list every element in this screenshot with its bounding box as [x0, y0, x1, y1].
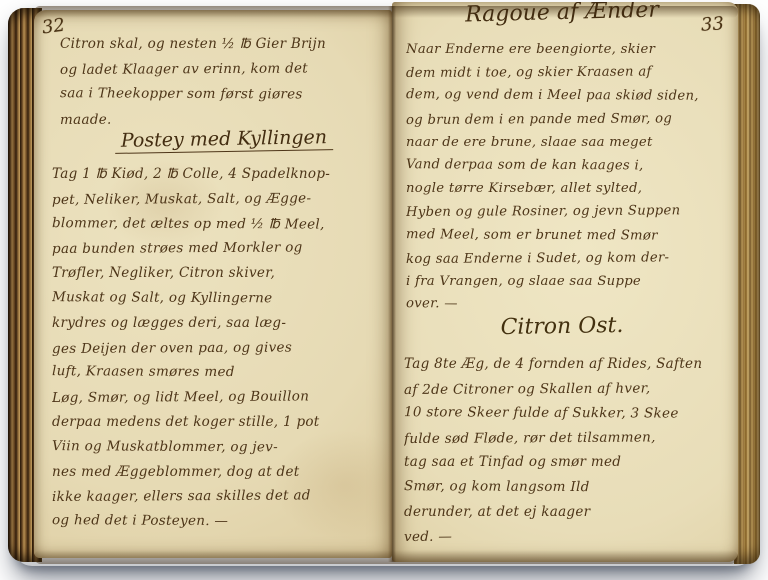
recipe-heading-citron-ost: Citron Ost.: [432, 312, 692, 342]
manuscript-line: 10 store Skeer fulde af Sukker, 3 Skee: [404, 400, 730, 426]
manuscript-line: kog saa Enderne i Sudet, og kom der-: [406, 246, 728, 271]
manuscript-line: af 2de Citroner og Skallen af hver,: [404, 376, 730, 403]
manuscript-line: Hyben og gule Rosiner, og jevn Suppen: [406, 199, 728, 224]
manuscript-line: Muskat og Salt, og Kyllingerne: [52, 285, 382, 312]
manuscript-line: derpaa medens det koger stille, 1 pot: [52, 410, 382, 435]
manuscript-line: og ladet Klaager av erinn, kom det: [60, 56, 382, 83]
manuscript-photo: 32 Citron skal, og nesten ½ ℔ Gier Brijn…: [0, 0, 768, 580]
manuscript-line: Naar Enderne ere beengiorte, skier: [406, 38, 728, 61]
manuscript-line: nogle tørre Kirsebær, allet sylted,: [406, 177, 728, 200]
recipe-heading-postey-text: Postey med Kyllingen: [115, 126, 334, 154]
manuscript-line: Citron skal, og nesten ½ ℔ Gier Brijn: [60, 32, 382, 57]
manuscript-line: ikke kaager, ellers saa skilles det ad: [52, 483, 382, 510]
manuscript-line: med Meel, som er brunet med Smør: [406, 223, 728, 248]
manuscript-line: nes med Æggeblommer, dog at det: [52, 460, 382, 485]
manuscript-line: dem midt i toe, og skier Kraasen af: [406, 60, 728, 85]
manuscript-line: ges Deijen der oven paa, og gives: [52, 335, 382, 362]
recipe-body-postey: Tag 1 ℔ Kiød, 2 ℔ Colle, 4 Spadelknop-pe…: [52, 162, 382, 534]
manuscript-line: derunder, at det ej kaager: [404, 500, 730, 525]
manuscript-line: og hed det i Posteyen. —: [52, 508, 382, 535]
manuscript-line: naar de ere brune, slaae saa meget: [406, 131, 728, 154]
continuation-paragraph: Citron skal, og nesten ½ ℔ Gier Brijnog …: [60, 32, 382, 132]
manuscript-line: Vand derpaa som de kan kaages i,: [406, 153, 728, 178]
manuscript-line: Løg, Smør, og lidt Meel, og Bouillon: [52, 384, 382, 411]
manuscript-line: blommer, det æltes op med ½ ℔ Meel,: [52, 211, 382, 238]
manuscript-line: paa bunden strøes med Morkler og: [52, 235, 382, 262]
manuscript-line: Tag 1 ℔ Kiød, 2 ℔ Colle, 4 Spadelknop-: [52, 162, 382, 187]
top-edge-shadow: [34, 6, 738, 18]
manuscript-line: tag saa et Tinfad og smør med: [404, 450, 730, 475]
manuscript-line: dem, og vend dem i Meel paa skiød siden,: [406, 84, 728, 109]
manuscript-line: pet, Neliker, Muskat, Salt, og Ægge-: [52, 186, 382, 213]
manuscript-line: luft, Kraasen smøres med: [52, 360, 382, 387]
manuscript-line: Viin og Muskatblommer, og jev-: [52, 434, 382, 461]
manuscript-line: ved. —: [404, 523, 730, 550]
left-page: 32 Citron skal, og nesten ½ ℔ Gier Brijn…: [34, 10, 392, 558]
manuscript-line: saa i Theekopper som først giøres: [60, 81, 382, 108]
manuscript-line: og brun dem i en pande med Smør, og: [406, 107, 728, 132]
recipe-body-citron-ost: Tag 8te Æg, de 4 fornden af Rides, Safte…: [404, 352, 730, 549]
right-page: 33 Ragoue af Ænder Naar Enderne ere been…: [392, 2, 738, 562]
manuscript-line: krydres og lægges deri, saa læg-: [52, 311, 382, 336]
bottom-edge-shadow: [34, 550, 738, 564]
recipe-heading-postey: Postey med Kyllingen: [74, 125, 374, 154]
manuscript-line: fulde sød Fløde, rør det tilsammen,: [404, 425, 730, 452]
manuscript-line: Trøfler, Negliker, Citron skiver,: [52, 261, 382, 286]
manuscript-line: Tag 8te Æg, de 4 fornden af Rides, Safte…: [404, 352, 730, 377]
recipe-body-ragout: Naar Enderne ere beengiorte, skierdem mi…: [406, 38, 728, 316]
manuscript-line: i fra Vrangen, og slaae saa Suppe: [406, 270, 728, 293]
manuscript-line: Smør, og kom langsom Ild: [404, 474, 730, 500]
book-gutter-shadow: [388, 6, 396, 562]
